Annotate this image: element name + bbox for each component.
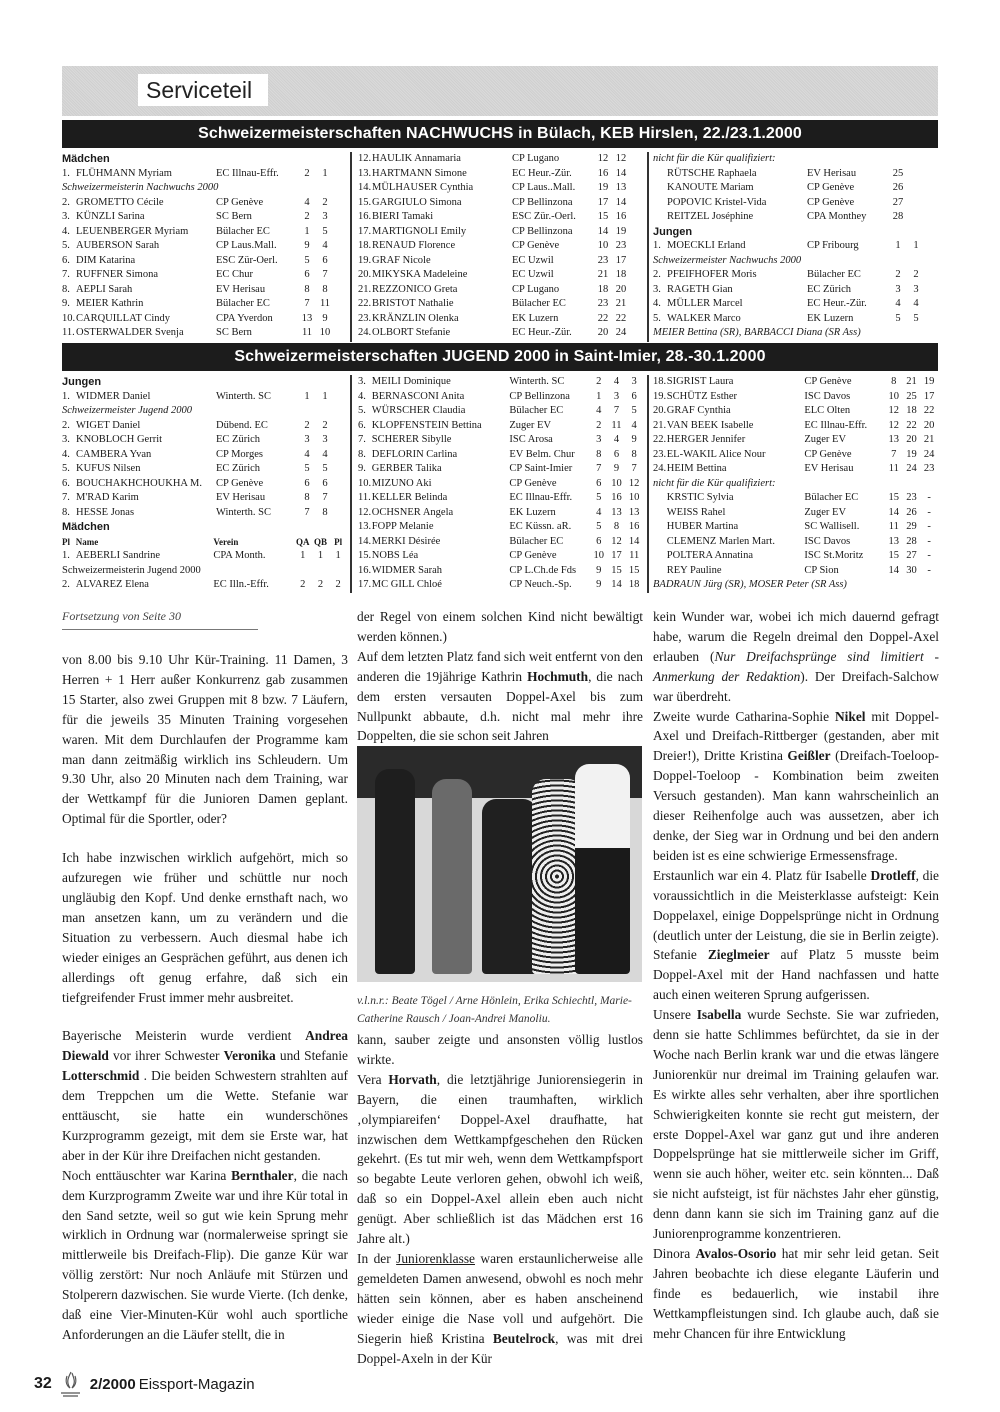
athlete-name: BERNASCONI Anita	[372, 390, 510, 405]
place: 3.	[62, 210, 76, 225]
result-row: 21.VAN BEEK IsabelleEC Illnau-Effr.12222…	[653, 419, 938, 434]
result-row: 10.MIZUNO AkiCP Genève61012	[358, 477, 643, 492]
champion-note: BADRAUN Jürg (SR), MOSER Peter (SR Ass)	[653, 578, 938, 593]
score-a: 12	[594, 152, 612, 167]
place: 14.	[358, 535, 372, 550]
club-name: CP Genève	[807, 196, 889, 211]
score-a: 21	[594, 268, 612, 283]
photo-figure	[375, 769, 415, 974]
club-name: Dübend. EC	[216, 419, 298, 434]
club-name: EC Uzwil	[512, 268, 594, 283]
club-name: CP Genève	[512, 239, 594, 254]
score-b: 13	[612, 181, 630, 196]
score-a: 4	[590, 506, 608, 521]
club-name: CP Lugano	[512, 152, 594, 167]
article-paragraph: In der Juniorenklasse waren erstaunliche…	[357, 1249, 643, 1368]
place: 5.	[653, 312, 667, 327]
club-name: EV Herisau	[216, 283, 298, 298]
score-b: 5	[316, 462, 334, 477]
result-row: REY PaulineCP Sion1430-	[653, 564, 938, 579]
score-b: 16	[612, 210, 630, 225]
place-indent	[653, 535, 667, 550]
score-c: 3	[625, 375, 643, 390]
club-name: CP Morges	[216, 448, 298, 463]
score-a: 8	[885, 375, 903, 390]
place: 22.	[358, 297, 372, 312]
score-a: 14	[885, 506, 903, 521]
club-name: CP Genève	[216, 477, 298, 492]
score-c: 8	[625, 448, 643, 463]
result-row: POLTERA AnnatinaISC St.Moritz1527-	[653, 549, 938, 564]
result-row: 21.REZZONICO GretaCP Lugano1820	[358, 283, 643, 298]
athlete-name: KRÄNZLIN Olenka	[372, 312, 512, 327]
result-row: 2.GROMETTO CécileCP Genève42	[62, 196, 347, 211]
place: 20.	[653, 404, 667, 419]
score-b: 21	[612, 297, 630, 312]
article-paragraph: von 8.00 bis 9.10 Uhr Kür-Training. 11 D…	[62, 650, 348, 829]
result-row: 20.MIKYSKA MadeleineEC Uzwil2118	[358, 268, 643, 283]
score-a: 23	[594, 297, 612, 312]
athlete-name: GROMETTO Cécile	[76, 196, 216, 211]
score-c: 19	[920, 375, 938, 390]
result-row: 20.GRAF CynthiaELC Olten121822	[653, 404, 938, 419]
athlete-name: KUFUS Nilsen	[76, 462, 216, 477]
score-b: 6	[608, 448, 626, 463]
score-b: 4	[316, 448, 334, 463]
place: 16.	[358, 210, 372, 225]
score-b: 14	[608, 578, 626, 593]
result-row: 1.AEBERLI SandrineCPA Month.111	[62, 549, 347, 564]
athlete-name: RAGETH Gian	[667, 283, 807, 298]
score-c: -	[920, 535, 938, 550]
athlete-name: KELLER Belinda	[372, 491, 510, 506]
score-a: 2	[590, 419, 608, 434]
score-a: 14	[594, 225, 612, 240]
place: 6.	[62, 477, 76, 492]
club-name: CP Sion	[804, 564, 885, 579]
place: 5.	[62, 462, 76, 477]
place: 15.	[358, 549, 372, 564]
place: 10.	[62, 312, 76, 327]
score-c: 6	[625, 390, 643, 405]
athlete-name: AEBERLI Sandrine	[76, 549, 214, 564]
result-row: 2.ALVAREZ ElenaEC Illn.-Effr.222	[62, 578, 347, 593]
athlete-name: GRAF Nicole	[372, 254, 512, 269]
place: 23.	[653, 448, 667, 463]
club-name: CPA Month.	[213, 549, 294, 564]
athlete-name: DIM Katarina	[76, 254, 216, 269]
photo-caption: v.l.n.r.: Beate Tögel / Arne Hönlein, Er…	[357, 992, 647, 1028]
place: 12.	[358, 506, 372, 521]
column-headers: PlNameVereinQAQBPl	[62, 535, 347, 550]
score-c: -	[920, 564, 938, 579]
score-b: 4	[907, 297, 925, 312]
club-name: CP Genève	[804, 448, 885, 463]
club-name: CP L.Ch.de Fds	[509, 564, 590, 579]
score-b: 5	[316, 225, 334, 240]
club-name: CP Genève	[804, 375, 885, 390]
athlete-name: SCHERER Sibylle	[372, 433, 510, 448]
score-a: 1	[298, 225, 316, 240]
club-name: ISC Arosa	[509, 433, 590, 448]
club-name: ISC Davos	[804, 390, 885, 405]
result-row: 23.KRÄNZLIN OlenkaEK Luzern2222	[358, 312, 643, 327]
club-name: CP Saint-Imier	[509, 462, 590, 477]
athlete-name: MEIER Kathrin	[76, 297, 216, 312]
club-name: EC Illnau-Effr.	[509, 491, 590, 506]
club-name: EV Herisau	[216, 491, 298, 506]
result-row: 12.OCHSNER AngelaEK Luzern41313	[358, 506, 643, 521]
score-a: 2	[298, 419, 316, 434]
score-a: 2	[889, 268, 907, 283]
score-b: 22	[612, 312, 630, 327]
result-row: 24.OLBORT StefanieEC Heur.-Zür.2024	[358, 326, 643, 341]
place: 13.	[358, 167, 372, 182]
club-name: Bülacher EC	[512, 297, 594, 312]
score-b: 8	[316, 506, 334, 521]
athlete-name: OSTERWALDER Svenja	[76, 326, 216, 341]
result-row: KRSTIC SylviaBülacher EC1523-	[653, 491, 938, 506]
article-paragraph: kein Wunder war, wobei ich mich dauernd …	[653, 607, 939, 707]
club-name: EV Herisau	[807, 167, 889, 182]
article-paragraph: Dinora Avalos-Osorio hat mir sehr leid g…	[653, 1244, 939, 1344]
photo-figure	[575, 764, 630, 974]
athlete-name: HAULIK Annamaria	[372, 152, 512, 167]
score-b: 3	[608, 390, 626, 405]
result-row: 7.RUFFNER SimonaEC Chur67	[62, 268, 347, 283]
place: 1.	[62, 549, 76, 564]
article-column-2-bottom: kann, sauber zeigte und ansonsten völlig…	[357, 1030, 643, 1368]
club-name: Bülacher EC	[804, 491, 885, 506]
athlete-name: MC GILL Chloé	[372, 578, 510, 593]
score-b: 1	[316, 390, 334, 405]
score-a: 3	[590, 433, 608, 448]
score-c: 18	[625, 578, 643, 593]
club-name: CP Bellinzona	[512, 225, 594, 240]
champion-note: nicht für die Kür qualifiziert:	[653, 152, 938, 167]
score-b: 1	[316, 167, 334, 182]
score-b: 7	[608, 404, 626, 419]
athlete-name: LEUENBERGER Myriam	[76, 225, 216, 240]
result-row: 13.FOPP MelanieEC Küssn. aR.5816	[358, 520, 643, 535]
score-c: -	[920, 520, 938, 535]
issue-number: 2/2000	[90, 1376, 136, 1393]
place: 8.	[358, 448, 372, 463]
club-name: ISC Davos	[804, 535, 885, 550]
club-name: CP Bellinzona	[509, 390, 590, 405]
place: 15.	[358, 196, 372, 211]
result-row: 7.M'RAD KarimEV Herisau87	[62, 491, 347, 506]
athlete-name: KANOUTE Mariam	[667, 181, 807, 196]
col-pl: Pl	[62, 535, 76, 550]
athlete-name: EL-WAKIL Alice Nour	[667, 448, 805, 463]
score-c: 20	[920, 419, 938, 434]
place-indent	[653, 210, 667, 225]
champion-note: Schweizermeisterin Nachwuchs 2000	[62, 181, 347, 196]
article-paragraph: Auf dem letzten Platz fand sich weit ent…	[357, 647, 643, 747]
score-b: 6	[316, 477, 334, 492]
result-row: 6.BOUCHAKHCHOUKHA M.CP Genève66	[62, 477, 347, 492]
athlete-name: GERBER Talika	[372, 462, 510, 477]
article-paragraph: Noch enttäuschter war Karina Bernthaler,…	[62, 1166, 348, 1345]
article-paragraph: Unsere Isabella wurde Sechste. Sie war z…	[653, 1005, 939, 1244]
score-a: 4	[590, 404, 608, 419]
score-a: 11	[885, 520, 903, 535]
score-c: 10	[625, 491, 643, 506]
jugend-col-3: 18.SIGRIST LauraCP Genève8211919.SCHÜTZ …	[653, 375, 938, 593]
club-name: EK Luzern	[509, 506, 590, 521]
place: 8.	[62, 283, 76, 298]
score-a: 20	[594, 326, 612, 341]
athlete-name: CARQUILLAT Cindy	[76, 312, 216, 327]
result-row: 14.MERKI DésiréeBülacher EC61214	[358, 535, 643, 550]
place: 21.	[358, 283, 372, 298]
athlete-name: HERGER Jennifer	[667, 433, 805, 448]
place: 24.	[358, 326, 372, 341]
place: 11.	[62, 326, 76, 341]
club-name: Zuger EV	[509, 419, 590, 434]
column-divider	[647, 152, 649, 342]
club-name: EC Küssn. aR.	[509, 520, 590, 535]
athlete-name: MERKI Désirée	[372, 535, 510, 550]
article-paragraph: Bayerische Meisterin wurde verdient Andr…	[62, 1026, 348, 1165]
score-a: 7	[590, 462, 608, 477]
col-qa: QA	[294, 535, 312, 550]
score-a: 9	[298, 239, 316, 254]
photo-figure	[482, 799, 537, 974]
score-a: 10	[885, 390, 903, 405]
champion-note: Schweizermeisterin Jugend 2000	[62, 564, 347, 579]
score-a: 5	[590, 491, 608, 506]
athlete-name: WALKER Marco	[667, 312, 807, 327]
result-row: WEISS RahelZuger EV1426-	[653, 506, 938, 521]
result-row: 19.SCHÜTZ EstherISC Davos102517	[653, 390, 938, 405]
score-a: 2	[590, 375, 608, 390]
score-b: 9	[316, 312, 334, 327]
result-row: 14.MÜLHAUSER CynthiaCP Laus..Mall.1913	[358, 181, 643, 196]
result-row: 3.RAGETH GianEC Zürich33	[653, 283, 938, 298]
continuation-note: Fortsetzung von Seite 30	[62, 609, 258, 630]
athlete-name: MIKYSKA Madeleine	[372, 268, 512, 283]
place: 4.	[358, 390, 372, 405]
score-a: 10	[590, 549, 608, 564]
score-a: 1	[294, 549, 312, 564]
athlete-name: KNOBLOCH Gerrit	[76, 433, 216, 448]
score-b: 28	[903, 535, 921, 550]
result-row: 4.BERNASCONI AnitaCP Bellinzona136	[358, 390, 643, 405]
club-name: CP Genève	[509, 549, 590, 564]
score-a: 3	[298, 433, 316, 448]
article-paragraph: der Regel von einem solchen Kind nicht b…	[357, 607, 643, 647]
result-row: 1.MOECKLI ErlandCP Fribourg11	[653, 239, 938, 254]
athlete-name: WIDMER Sarah	[372, 564, 510, 579]
club-name: SC Bern	[216, 326, 298, 341]
score-b: 11	[316, 297, 334, 312]
athlete-name: FLÜHMANN Myriam	[76, 167, 216, 182]
nachwuchs-col-2: 12.HAULIK AnnamariaCP Lugano121213.HARTM…	[358, 152, 643, 341]
club-name: Bülacher EC	[216, 225, 298, 240]
club-name: EC Zürich	[216, 433, 298, 448]
place: 22.	[653, 433, 667, 448]
result-row: 12.HAULIK AnnamariaCP Lugano1212	[358, 152, 643, 167]
result-row: KANOUTE MariamCP Genève26	[653, 181, 938, 196]
score-b: 10	[316, 326, 334, 341]
place-indent	[653, 491, 667, 506]
article-column-1: von 8.00 bis 9.10 Uhr Kür-Training. 11 D…	[62, 650, 348, 1345]
result-row: 1.WIDMER DanielWinterth. SC11	[62, 390, 347, 405]
col-qb: QB	[312, 535, 330, 550]
score-a: 25	[889, 167, 907, 182]
article-paragraph: Vera Horvath, die letztjährige Juniorens…	[357, 1070, 643, 1249]
place: 3.	[62, 433, 76, 448]
place: 24.	[653, 462, 667, 477]
score-c: 12	[625, 477, 643, 492]
result-row: 10.CARQUILLAT CindyCPA Yverdon139	[62, 312, 347, 327]
place: 1.	[653, 239, 667, 254]
score-b: 23	[612, 239, 630, 254]
score-b: 2	[312, 578, 330, 593]
place-indent	[653, 181, 667, 196]
score-b: 17	[612, 254, 630, 269]
athlete-name: BOUCHAKHCHOUKHA M.	[76, 477, 216, 492]
result-row: 13.HARTMANN SimoneEC Heur.-Zür.1614	[358, 167, 643, 182]
score-b: 4	[608, 433, 626, 448]
score-a: 15	[885, 491, 903, 506]
place: 7.	[358, 433, 372, 448]
athlete-name: WEISS Rahel	[667, 506, 805, 521]
place: 3.	[358, 375, 372, 390]
photo-figure	[432, 779, 472, 974]
athlete-name: AUBERSON Sarah	[76, 239, 216, 254]
page-footer: 32 2/2000 Eissport-Magazin	[34, 1370, 255, 1398]
result-row: 6.KLOPFENSTEIN BettinaZuger EV2114	[358, 419, 643, 434]
score-a: 7	[298, 506, 316, 521]
score-b: 3	[316, 433, 334, 448]
score-c: 4	[625, 419, 643, 434]
nachwuchs-title: Schweizermeisterschaften NACHWUCHS in Bü…	[62, 120, 938, 148]
club-name: CP Bellinzona	[512, 196, 594, 211]
place: 19.	[653, 390, 667, 405]
place: 3.	[653, 283, 667, 298]
score-b: 12	[608, 535, 626, 550]
article-paragraph: Zweite wurde Catharina-Sophie Nikel mit …	[653, 707, 939, 866]
result-row: 24.HEIM BettinaEV Herisau112423	[653, 462, 938, 477]
club-name: Bülacher EC	[509, 535, 590, 550]
result-row: 15.GARGIULO SimonaCP Bellinzona1714	[358, 196, 643, 211]
paragraph-gap	[62, 1007, 348, 1026]
nachwuchs-col-3: nicht für die Kür qualifiziert:RÜTSCHE R…	[653, 152, 938, 341]
score-b: 4	[608, 375, 626, 390]
result-row: 16.WIDMER SarahCP L.Ch.de Fds91515	[358, 564, 643, 579]
club-name: Winterth. SC	[216, 390, 298, 405]
score-c: 11	[625, 549, 643, 564]
score-c: 24	[920, 448, 938, 463]
score-a: 7	[885, 448, 903, 463]
place: 4.	[62, 448, 76, 463]
score-b: 5	[907, 312, 925, 327]
col-name: Name	[76, 535, 214, 550]
score-b: 24	[612, 326, 630, 341]
place: 18.	[653, 375, 667, 390]
score-c: -	[920, 491, 938, 506]
score-b: 8	[316, 283, 334, 298]
place-indent	[653, 506, 667, 521]
athlete-name: BRISTOT Nathalie	[372, 297, 512, 312]
score-a: 4	[298, 196, 316, 211]
score-a: 13	[885, 535, 903, 550]
jugend-title: Schweizermeisterschaften JUGEND 2000 in …	[62, 343, 938, 371]
result-row: 2.WIGET DanielDübend. EC22	[62, 419, 347, 434]
page-number: 32	[34, 1375, 52, 1393]
club-name: CP Laus.Mall.	[216, 239, 298, 254]
result-row: REITZEL JoséphineCPA Monthey28	[653, 210, 938, 225]
result-row: 2.PFEIFHOFER MorisBülacher EC22	[653, 268, 938, 283]
place: 8.	[62, 506, 76, 521]
col-pl2: Pl	[329, 535, 347, 550]
athlete-name: POLTERA Annatina	[667, 549, 805, 564]
score-b: 15	[608, 564, 626, 579]
club-name: EC Zürich	[807, 283, 889, 298]
score-b: 3	[907, 283, 925, 298]
score-a: 5	[590, 520, 608, 535]
score-b: 2	[316, 196, 334, 211]
article-column-2-top: der Regel von einem solchen Kind nicht b…	[357, 607, 643, 746]
club-name: CP Fribourg	[807, 239, 889, 254]
club-name: CP Genève	[509, 477, 590, 492]
score-a: 12	[885, 404, 903, 419]
club-name: Zuger EV	[804, 433, 885, 448]
club-name: EC Zürich	[216, 462, 298, 477]
nachwuchs-col-1: Mädchen1.FLÜHMANN MyriamEC Illnau-Effr.2…	[62, 152, 347, 341]
score-b: 11	[608, 419, 626, 434]
score-a: 13	[298, 312, 316, 327]
place: 2.	[62, 196, 76, 211]
athlete-name: MEILI Dominique	[372, 375, 510, 390]
place: 2.	[653, 268, 667, 283]
score-b: 1	[312, 549, 330, 564]
score-b: 18	[903, 404, 921, 419]
group-header: Mädchen	[62, 152, 347, 167]
club-name: CPA Monthey	[807, 210, 889, 225]
club-name: EC Heur.-Zür.	[512, 326, 594, 341]
score-a: 8	[298, 283, 316, 298]
result-row: 16.BIERI TamakiESC Zür.-Oerl.1516	[358, 210, 643, 225]
jugend-col-1: Jungen1.WIDMER DanielWinterth. SC11Schwe…	[62, 375, 347, 593]
athlete-name: REITZEL Joséphine	[667, 210, 807, 225]
result-row: 4.MÜLLER MarcelEC Heur.-Zür.44	[653, 297, 938, 312]
club-name: Zuger EV	[804, 506, 885, 521]
result-row: 5.WÜRSCHER ClaudiaBülacher EC475	[358, 404, 643, 419]
athlete-name: OLBORT Stefanie	[372, 326, 512, 341]
club-name: SC Wallisell.	[804, 520, 885, 535]
place: 4.	[653, 297, 667, 312]
score-b: 20	[612, 283, 630, 298]
score-b: 2	[316, 419, 334, 434]
score-a: 5	[889, 312, 907, 327]
club-name: ESC Zür-Oerl.	[216, 254, 298, 269]
score-b: 22	[903, 419, 921, 434]
score-b: 26	[903, 506, 921, 521]
club-name: ELC Olten	[804, 404, 885, 419]
athlete-name: SIGRIST Laura	[667, 375, 805, 390]
group-header: Mädchen	[62, 520, 347, 535]
score-c: 5	[625, 404, 643, 419]
score-b: 25	[903, 390, 921, 405]
result-row: 5.WALKER MarcoEK Luzern55	[653, 312, 938, 327]
club-name: CP Laus..Mall.	[512, 181, 594, 196]
score-a: 10	[594, 239, 612, 254]
score-c: 14	[625, 535, 643, 550]
